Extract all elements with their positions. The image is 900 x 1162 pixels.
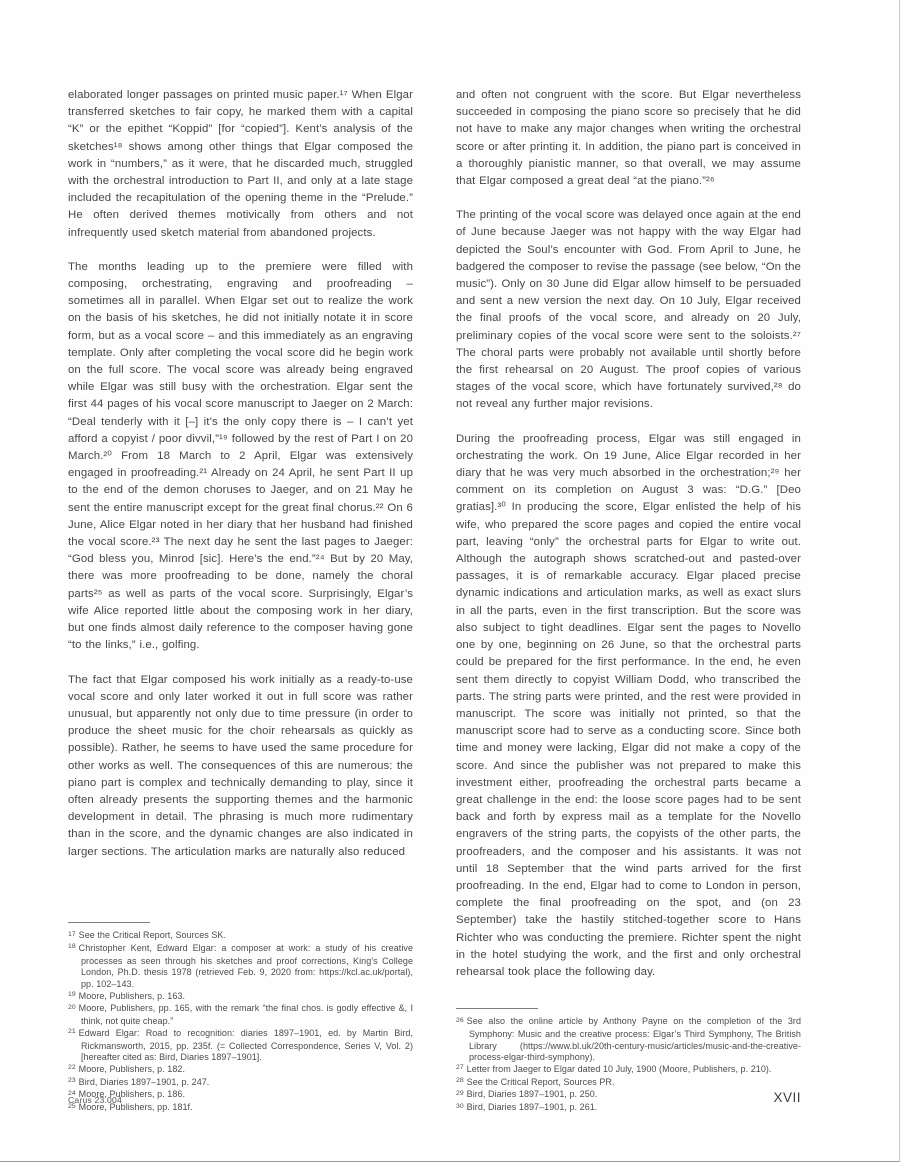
footnote: 27Letter from Jaeger to Elgar dated 10 J… xyxy=(456,1064,801,1077)
footnote-text: Christopher Kent, Edward Elgar: a compos… xyxy=(79,943,413,989)
footnote-text: Moore, Publishers, p. 163. xyxy=(79,991,185,1001)
footnote-number: 26 xyxy=(456,1017,464,1024)
footnote: 19Moore, Publishers, p. 163. xyxy=(68,991,413,1004)
footnote-number: 17 xyxy=(68,931,76,938)
footnote-number: 20 xyxy=(68,1004,76,1011)
footnote: 26See also the online article by Anthony… xyxy=(456,1016,801,1064)
footnotes-left: 17See the Critical Report, Sources SK. 1… xyxy=(68,912,413,1115)
body-paragraph: During the proofreading process, Elgar w… xyxy=(456,431,801,982)
footnote: 22Moore, Publishers, p. 182. xyxy=(68,1064,413,1077)
text-columns: elaborated longer passages on printed mu… xyxy=(68,87,801,1115)
body-paragraph: The months leading up to the premiere we… xyxy=(68,259,413,655)
footnote: 21Edward Elgar: Road to recognition: dia… xyxy=(68,1028,413,1064)
footnote-text: See the Critical Report, Sources SK. xyxy=(79,930,226,940)
footnote-number: 27 xyxy=(456,1064,464,1071)
footnote-number: 21 xyxy=(68,1028,76,1035)
footnote-number: 23 xyxy=(68,1077,76,1084)
text-column-right: and often not congruent with the score. … xyxy=(456,87,801,1115)
footnote: 18Christopher Kent, Edward Elgar: a comp… xyxy=(68,943,413,991)
footnote-number: 18 xyxy=(68,943,76,950)
text-column-left: elaborated longer passages on printed mu… xyxy=(68,87,413,1115)
page-number: XVII xyxy=(773,1090,801,1105)
footnote-text: See the Critical Report, Sources PR. xyxy=(467,1077,615,1087)
footnote: 28See the Critical Report, Sources PR. xyxy=(456,1077,801,1090)
footnote: 17See the Critical Report, Sources SK. xyxy=(68,930,413,943)
footnote-text: Edward Elgar: Road to recognition: diari… xyxy=(79,1028,413,1062)
footnote-text: Bird, Diaries 1897–1901, p. 247. xyxy=(79,1077,210,1087)
body-paragraph: The printing of the vocal score was dela… xyxy=(456,207,801,413)
catalog-number: Carus 23.004 xyxy=(68,1095,122,1105)
document-page: elaborated longer passages on printed mu… xyxy=(0,0,900,1162)
body-paragraph: and often not congruent with the score. … xyxy=(456,87,801,190)
footnote-text: Moore, Publishers, pp. 165, with the rem… xyxy=(79,1003,413,1026)
body-paragraph: elaborated longer passages on printed mu… xyxy=(68,87,413,242)
footnote: 20Moore, Publishers, pp. 165, with the r… xyxy=(68,1003,413,1027)
footnote-separator xyxy=(68,922,150,923)
footnote-text: See also the online article by Anthony P… xyxy=(467,1016,801,1062)
footnote-text: Moore, Publishers, p. 182. xyxy=(79,1064,185,1074)
footnote: 23Bird, Diaries 1897–1901, p. 247. xyxy=(68,1077,413,1090)
footnote-number: 22 xyxy=(68,1064,76,1071)
footnote-number: 19 xyxy=(68,991,76,998)
body-paragraph: The fact that Elgar composed his work in… xyxy=(68,672,413,861)
footnote-text: Letter from Jaeger to Elgar dated 10 Jul… xyxy=(467,1064,772,1074)
page-footer: Carus 23.004 XVII xyxy=(68,1090,801,1105)
footnote-separator xyxy=(456,1008,538,1009)
footnote-number: 28 xyxy=(456,1077,464,1084)
